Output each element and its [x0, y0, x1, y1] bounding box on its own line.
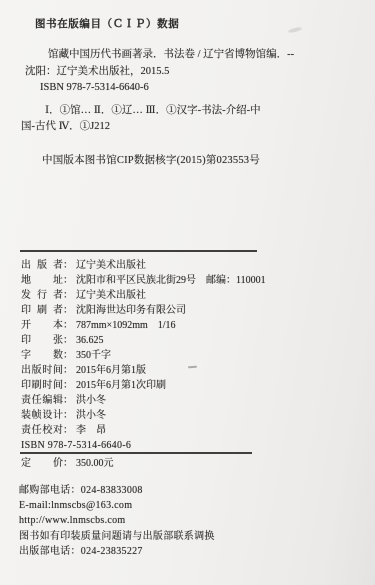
cip-publisher-line: 沈阳：辽宁美术出版社，2015.5	[25, 64, 294, 81]
divider-bottom	[20, 452, 252, 454]
table-row: 印张：36.625	[21, 333, 266, 348]
row-label: 装帧设计	[21, 408, 63, 423]
row-value: 787mm×1092mm 1/16	[76, 320, 176, 331]
table-row: 开本：787mm×1092mm 1/16	[21, 318, 266, 333]
cip-isbn-line: ISBN 978-7-5314-6640-6	[25, 80, 294, 97]
row-label: 责任校对	[21, 423, 63, 438]
table-row: 装帧设计：洪小冬	[21, 408, 266, 423]
table-row: 印刷时间：2015年6月第1次印刷	[21, 378, 266, 393]
contact-block: 邮购部电话：024-83833008 E-mail:lnmscbs@163.co…	[19, 483, 215, 559]
table-row: 责任校对：李 昂	[21, 423, 266, 438]
row-label: 发行者	[21, 288, 63, 303]
row-colon: ：	[63, 393, 73, 408]
row-value: 2015年6月第1次印刷	[76, 380, 166, 391]
row-colon: ：	[63, 273, 73, 288]
row-colon: ：	[63, 303, 73, 318]
row-value: 沈阳海世达印务有限公司	[76, 305, 186, 316]
cip-record-number: 中国版本图书馆CIP数据核字(2015)第023553号	[42, 152, 260, 167]
row-colon: ：	[63, 318, 73, 333]
cip-catalog-block: 馆藏中国历代书画著录．书法卷 / 辽宁省博物馆编．-- 沈阳：辽宁美术出版社，2…	[25, 47, 294, 97]
table-row: 出版者：辽宁美术出版社	[21, 258, 266, 273]
row-value: 36.625	[76, 335, 104, 346]
row-value: 2015年6月第1版	[76, 365, 146, 376]
classification-line-1: Ⅰ．①馆… Ⅱ．①辽… Ⅲ．①汉字-书法-介绍-中	[21, 103, 261, 119]
book-copyright-page: 图书在版编目（ＣＩＰ）数据 馆藏中国历代书画著录．书法卷 / 辽宁省博物馆编．-…	[0, 0, 375, 585]
row-value: 洪小冬	[76, 410, 106, 421]
website-line: http://www.lnmscbs.com	[19, 513, 215, 528]
row-value: 辽宁美术出版社	[76, 260, 146, 271]
row-label: 开本	[21, 318, 63, 333]
mail-order-phone-line: 邮购部电话：024-83833008	[19, 483, 215, 498]
row-label: 责任编辑	[21, 393, 63, 408]
colophon-table: 出版者：辽宁美术出版社 地址：沈阳市和平区民族北街29号 邮编：110001 发…	[21, 258, 266, 453]
quality-notice-line: 图书如有印装质量问题请与出版部联系调换	[19, 529, 215, 544]
table-row: 印刷者：沈阳海世达印务有限公司	[21, 303, 266, 318]
scan-smudge	[288, 26, 303, 33]
table-row: 责任编辑：洪小冬	[21, 393, 266, 408]
table-row: 出版时间：2015年6月第1版	[21, 363, 266, 378]
publishing-dept-phone-line: 出版部电话：024-23835227	[19, 544, 215, 559]
row-label: 印刷者	[21, 303, 63, 318]
table-row: 地址：沈阳市和平区民族北街29号 邮编：110001	[21, 273, 266, 288]
row-value: 李 昂	[76, 425, 106, 436]
cip-title-line: 馆藏中国历代书画著录．书法卷 / 辽宁省博物馆编．--	[25, 47, 294, 64]
cip-classification-block: Ⅰ．①馆… Ⅱ．①辽… Ⅲ．①汉字-书法-介绍-中 国-古代 Ⅳ．①J212	[21, 103, 261, 134]
divider-top	[20, 250, 257, 252]
row-label: 印刷时间	[21, 378, 63, 393]
cip-header: 图书在版编目（ＣＩＰ）数据	[35, 16, 179, 31]
row-label: 定价	[21, 456, 63, 471]
row-value: 350千字	[76, 350, 111, 361]
email-line: E-mail:lnmscbs@163.com	[19, 498, 215, 513]
row-colon: ：	[63, 258, 73, 273]
row-label: 出版时间	[21, 363, 63, 378]
row-colon: ：	[63, 408, 73, 423]
row-colon: ：	[63, 348, 73, 363]
row-colon: ：	[63, 288, 73, 303]
row-label: 地址	[21, 273, 63, 288]
row-value: 沈阳市和平区民族北街29号 邮编：110001	[76, 275, 266, 286]
row-colon: ：	[63, 333, 73, 348]
row-value: 辽宁美术出版社	[76, 290, 146, 301]
row-colon: ：	[63, 363, 73, 378]
row-value: 洪小冬	[76, 395, 106, 406]
classification-line-2: 国-古代 Ⅳ．①J212	[21, 119, 261, 135]
row-colon: ：	[63, 456, 73, 471]
row-label: 出版者	[21, 258, 63, 273]
row-label: 字数	[21, 348, 63, 363]
table-row: 字数：350千字	[21, 348, 266, 363]
row-colon: ：	[63, 378, 73, 393]
row-label: 印张	[21, 333, 63, 348]
price-row: 定价：350.00元	[21, 456, 114, 471]
row-colon: ：	[63, 423, 73, 438]
table-row: 发行者：辽宁美术出版社	[21, 288, 266, 303]
row-value: 350.00元	[76, 458, 114, 469]
colophon-isbn-line: ISBN 978-7-5314-6640-6	[21, 438, 266, 453]
